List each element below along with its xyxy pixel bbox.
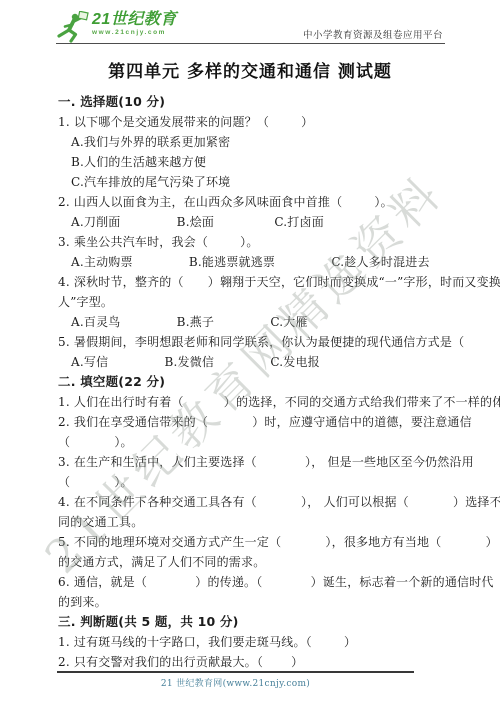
document-body: 一. 选择题(10 分)1. 以下哪个是交通发展带来的问题？（ ）A.我们与外界… <box>58 92 450 672</box>
section-heading: 二. 填空题(22 分) <box>58 372 450 392</box>
section-heading: 三. 判断题(共 5 题，共 10 分) <box>58 612 450 632</box>
question-line: 2. 山西人以面食为主，在山西众多风味面食中首推（ ）。 <box>58 192 450 212</box>
option-line: A.我们与外界的联系更加紧密 <box>58 132 450 152</box>
question-line: 5. 暑假期间，李明想跟老师和同学联系，你认为最便捷的现代通信方式是（ ）。 <box>58 332 450 352</box>
page-title: 第四单元 多样的交通和通信 测试题 <box>0 57 500 82</box>
runner-logo-icon <box>56 11 90 43</box>
option-line: A.主动购票 B.能逃票就逃票 C.趁人多时混进去 <box>58 252 450 272</box>
site-logo: 21世纪教育 www.21cnjy.com <box>56 11 177 43</box>
footer-divider <box>57 671 414 673</box>
continuation-line: 的交通方式，满足了人们不同的需求。 <box>58 552 450 572</box>
platform-tagline: 中小学教育资源及组卷应用平台 <box>303 27 443 41</box>
continuation-line: 人”字型。 <box>58 292 450 312</box>
question-line: 2. 我们在享受通信带来的（ ）时，应遵守通信中的道德，要注意通信 <box>58 412 450 432</box>
continuation-line: 的到来。 <box>58 592 450 612</box>
question-line: 2. 只有交警对我们的出行贡献最大。（ ） <box>58 652 450 672</box>
logo-title: 21世纪教育 <box>92 11 177 29</box>
question-line: 4. 深秋时节，整齐的（ ）翱翔于天空，它们时而变换成“一”字形，时而又变换成“ <box>58 272 450 292</box>
question-line: 1. 过有斑马线的十字路口，我们要走斑马线。（ ） <box>58 632 450 652</box>
header-divider <box>56 43 445 44</box>
question-line: 3. 在生产和生活中，人们主要选择（ ）， 但是一些地区至今仍然沿用 <box>58 452 450 472</box>
section-heading: 一. 选择题(10 分) <box>58 92 450 112</box>
question-line: 1. 以下哪个是交通发展带来的问题？（ ） <box>58 112 450 132</box>
footer-site-text: 21 世纪教育网(www.21cnjy.com) <box>57 676 414 689</box>
question-line: 6. 通信，就是（ ）的传递。（ ）诞生，标志着一个新的通信时代 <box>58 572 450 592</box>
option-line: A.写信 B.发微信 C.发电报 <box>58 352 450 372</box>
question-line: 5. 不同的地理环境对交通方式产生一定（ ），很多地方有当地（ ） <box>58 532 450 552</box>
test-paper-page: 21世纪教育 www.21cnjy.com 中小学教育资源及组卷应用平台 第四单… <box>0 0 500 707</box>
question-line: 4. 在不同条件下各种交通工具各有（ ）， 人们可以根据（ ）选择不 <box>58 492 450 512</box>
option-line: A.刀削面 B.烩面 C.打卤面 <box>58 212 450 232</box>
continuation-line: 同的交通工具。 <box>58 512 450 532</box>
logo-text-block: 21世纪教育 www.21cnjy.com <box>92 11 177 37</box>
logo-url: www.21cnjy.com <box>92 29 177 37</box>
option-line: B.人们的生活越来越方便 <box>58 152 450 172</box>
question-line: 1. 人们在出行时有着（ ）的选择，不同的交通方式给我们带来了不一样的体验。 <box>58 392 450 412</box>
continuation-line: （ ）。 <box>58 472 450 492</box>
option-line: C.汽车排放的尾气污染了环境 <box>58 172 450 192</box>
question-line: 3. 乘坐公共汽车时，我会（ ）。 <box>58 232 450 252</box>
continuation-line: （ ）。 <box>58 432 450 452</box>
option-line: A.百灵鸟 B.燕子 C.大雁 <box>58 312 450 332</box>
